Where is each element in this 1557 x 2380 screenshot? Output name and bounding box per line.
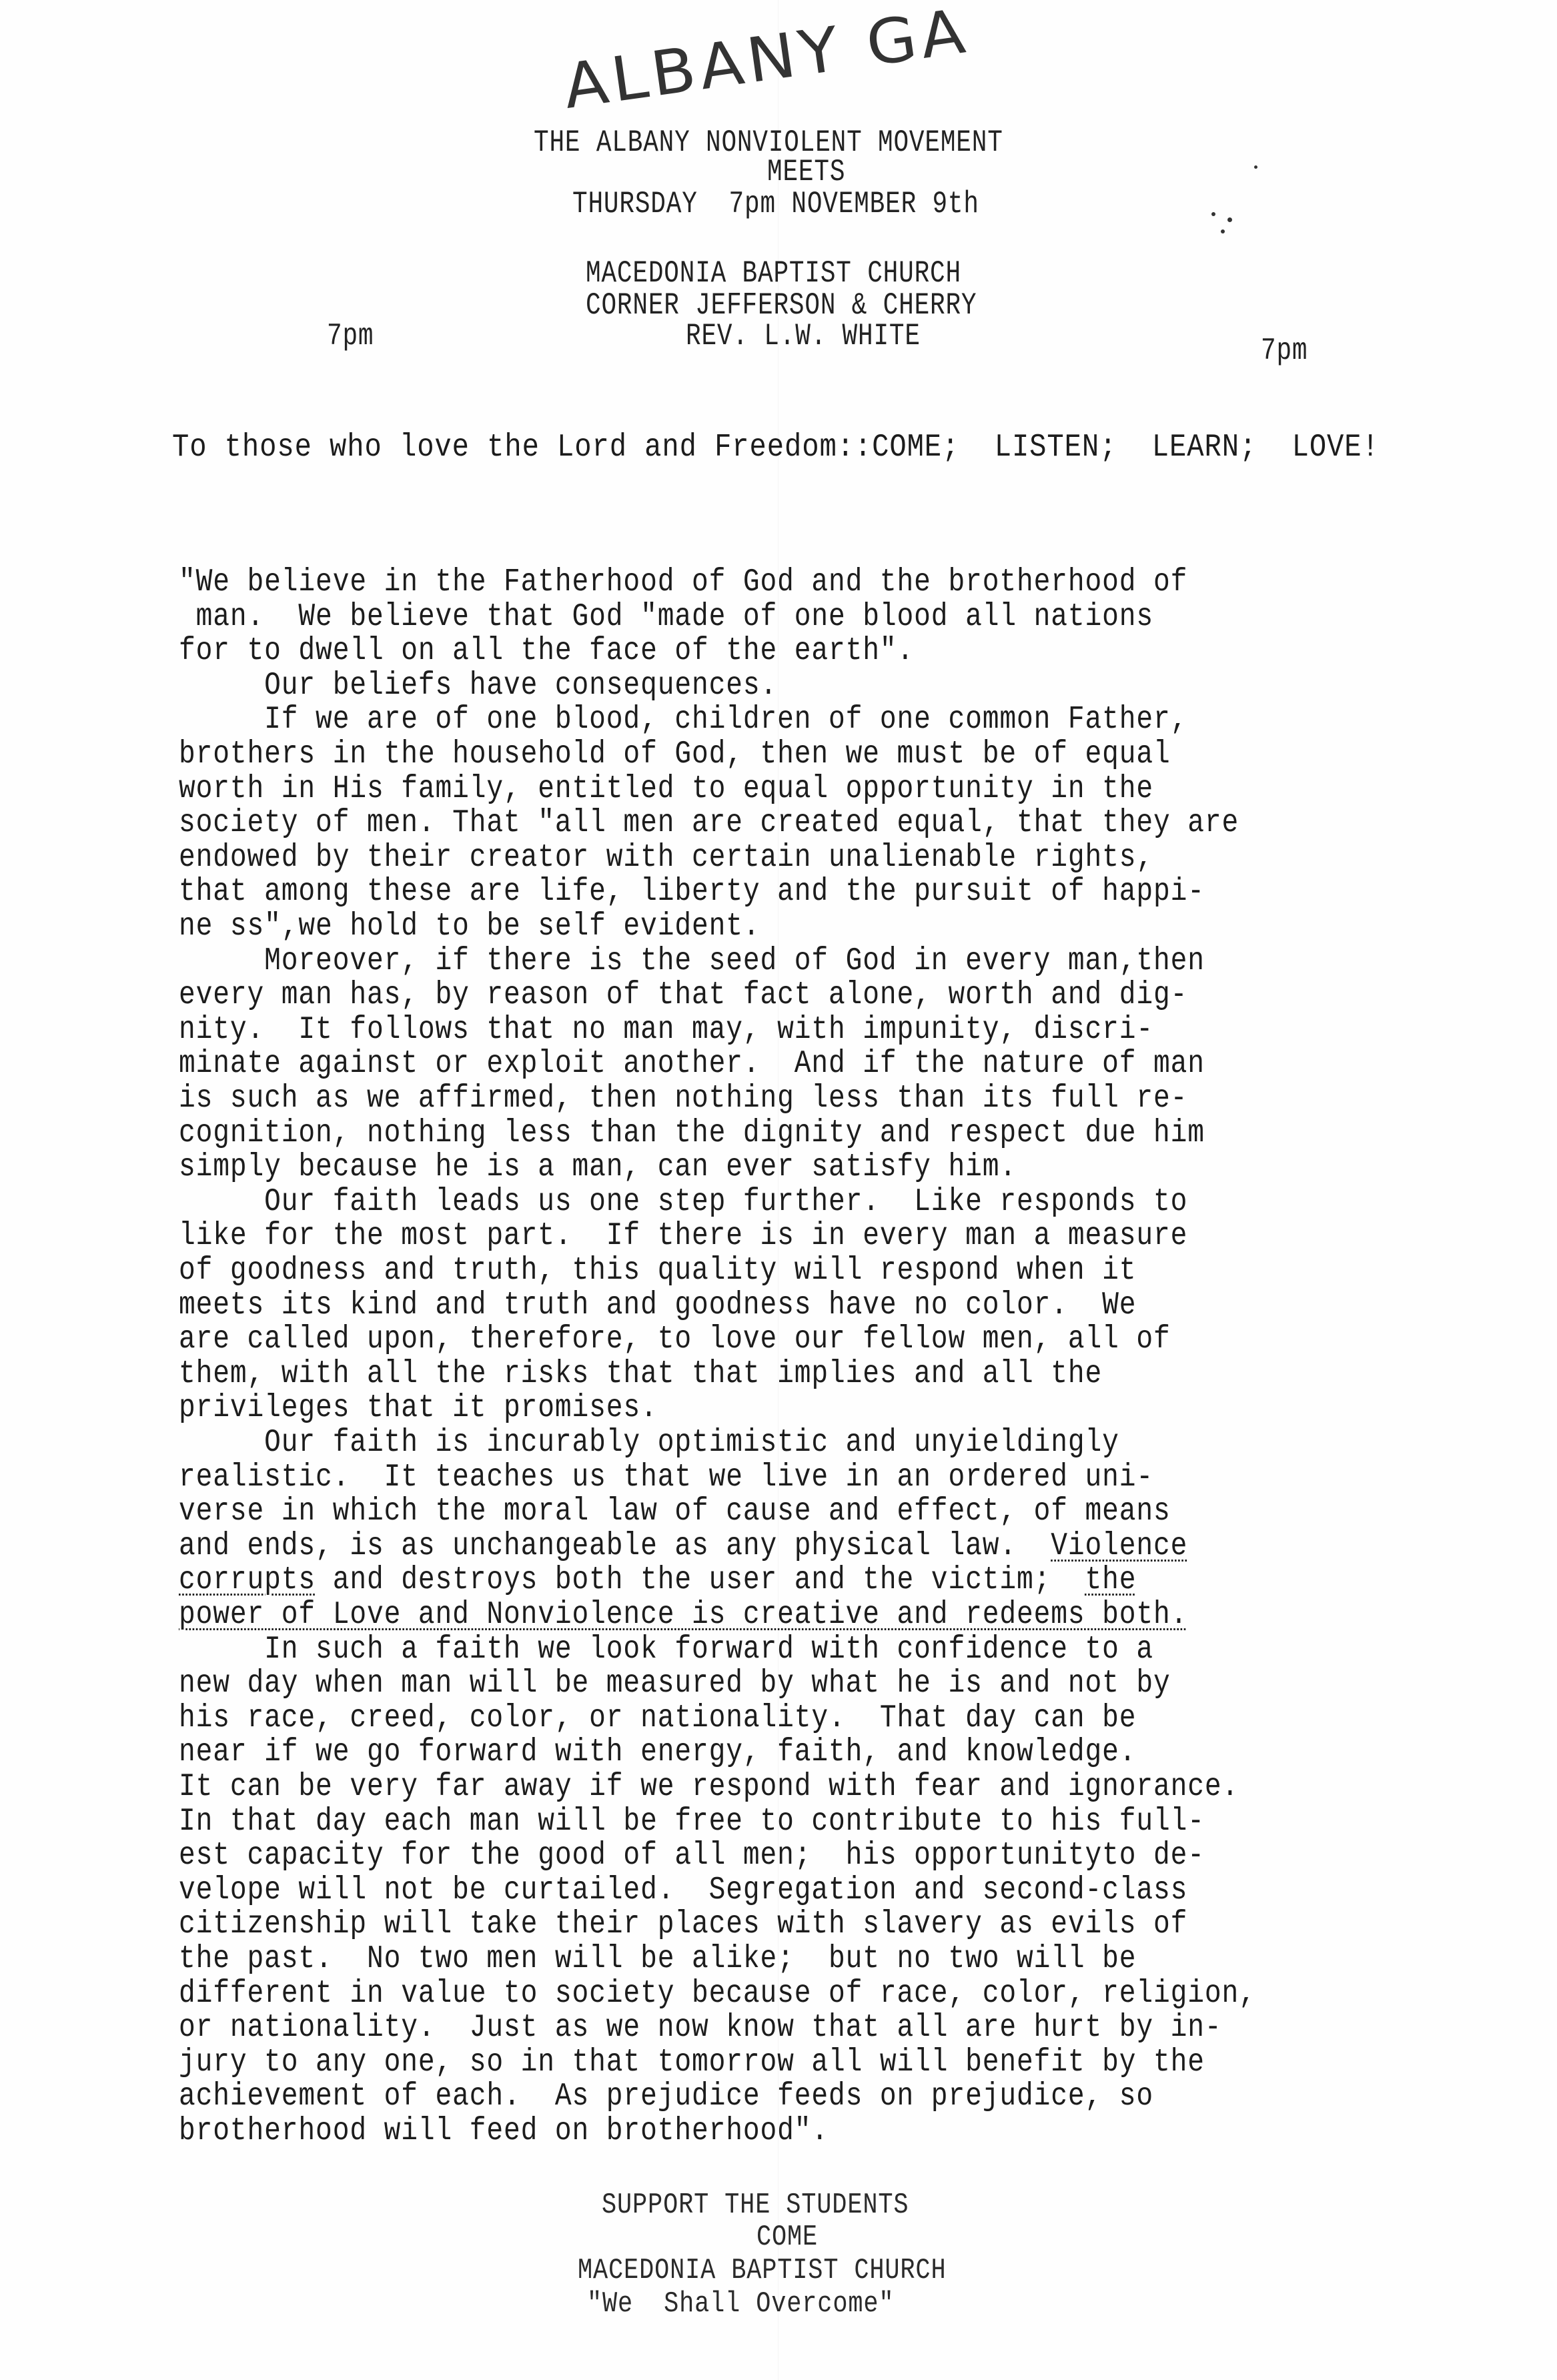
- body-line: citizenship will take their places with …: [179, 1908, 1187, 1941]
- body-line: of goodness and truth, this quality will…: [179, 1254, 1136, 1287]
- ink-speck: [1254, 165, 1257, 169]
- body-line: or nationality. Just as we now know that…: [179, 2011, 1222, 2044]
- body-line: nity. It follows that no man may, with i…: [179, 1013, 1153, 1047]
- footer-slogan: "We Shall Overcome": [587, 2288, 894, 2320]
- body-line: for to dwell on all the face of the eart…: [179, 634, 914, 668]
- header-meets: MEETS: [767, 155, 845, 189]
- body-line: power of Love and Nonviolence is creativ…: [179, 1598, 1187, 1632]
- body-line: near if we go forward with energy, faith…: [179, 1736, 1136, 1769]
- body-line: man. We believe that God "made of one bl…: [179, 600, 1153, 634]
- body-line: every man has, by reason of that fact al…: [179, 979, 1187, 1012]
- time-right: 7pm: [1261, 334, 1308, 368]
- body-line: his race, creed, color, or nationality. …: [179, 1702, 1136, 1735]
- flyer-page: ALBANY GA THE ALBANY NONVIOLENT MOVEMENT…: [0, 0, 1557, 2380]
- body-line: meets its kind and truth and goodness ha…: [179, 1289, 1136, 1322]
- body-line: velope will not be curtailed. Segregatio…: [179, 1874, 1187, 1907]
- footer-church: MACEDONIA BAPTIST CHURCH: [578, 2255, 946, 2287]
- body-line: the past. No two men will be alike; but …: [179, 1942, 1136, 1976]
- body-line: ne ss",we hold to be self evident.: [179, 910, 760, 943]
- body-line: worth in His family, entitled to equal o…: [179, 772, 1153, 806]
- body-line: are called upon, therefore, to love our …: [179, 1323, 1171, 1356]
- body-line: In that day each man will be free to con…: [179, 1805, 1205, 1838]
- underlined-text: Violence: [1051, 1528, 1187, 1564]
- body-line: Our faith is incurably optimistic and un…: [179, 1426, 1119, 1459]
- body-line: In such a faith we look forward with con…: [179, 1633, 1153, 1666]
- body-line: verse in which the moral law of cause an…: [179, 1495, 1171, 1528]
- body-line: brothers in the household of God, then w…: [179, 738, 1171, 771]
- body-line: privileges that it promises.: [179, 1391, 658, 1425]
- body-line: minate against or exploit another. And i…: [179, 1047, 1205, 1081]
- body-line: If we are of one blood, children of one …: [179, 703, 1187, 736]
- handwritten-annotation: ALBANY GA: [559, 0, 973, 123]
- body-line: Our faith leads us one step further. Lik…: [179, 1185, 1187, 1219]
- body-line: like for the most part. If there is in e…: [179, 1219, 1187, 1253]
- body-line: achievement of each. As prejudice feeds …: [179, 2080, 1153, 2113]
- body-line: cognition, nothing less than the dignity…: [179, 1117, 1205, 1150]
- invitation-line: To those who love the Lord and Freedom::…: [172, 430, 1380, 466]
- body-line: realistic. It teaches us that we live in…: [179, 1461, 1153, 1494]
- body-line: that among these are life, liberty and t…: [179, 875, 1205, 909]
- venue-address: CORNER JEFFERSON & CHERRY: [586, 288, 977, 323]
- body-line: It can be very far away if we respond wi…: [179, 1770, 1239, 1804]
- time-left: 7pm: [327, 319, 374, 354]
- body-line: and ends, is as unchangeable as any phys…: [179, 1530, 1187, 1563]
- body-line: new day when man will be measured by wha…: [179, 1667, 1171, 1700]
- body-line: jury to any one, so in that tomorrow all…: [179, 2046, 1205, 2079]
- body-line: "We believe in the Fatherhood of God and…: [179, 566, 1187, 599]
- body-line: them, with all the risks that that impli…: [179, 1357, 1102, 1391]
- venue-pastor: REV. L.W. WHITE: [686, 319, 921, 354]
- body-line: society of men. That "all men are create…: [179, 806, 1239, 840]
- body-line: simply because he is a man, can ever sat…: [179, 1151, 1017, 1184]
- footer-support: SUPPORT THE STUDENTS: [602, 2189, 909, 2221]
- header-date: THURSDAY 7pm NOVEMBER 9th: [572, 187, 979, 221]
- body-line: est capacity for the good of all men; hi…: [179, 1839, 1205, 1872]
- body-line: Our beliefs have consequences.: [179, 669, 777, 702]
- body-line: endowed by their creator with certain un…: [179, 841, 1153, 874]
- venue-name: MACEDONIA BAPTIST CHURCH: [586, 256, 961, 291]
- underlined-text: power of Love and Nonviolence is creativ…: [179, 1597, 1187, 1633]
- footer-come: COME: [756, 2221, 818, 2253]
- body-line: different in value to society because of…: [179, 1977, 1256, 2010]
- ink-speck: [1211, 212, 1215, 216]
- underlined-text: the: [1085, 1562, 1137, 1598]
- body-line: is such as we affirmed, then nothing les…: [179, 1082, 1187, 1115]
- ink-speck: [1221, 229, 1225, 233]
- body-line: corrupts and destroys both the user and …: [179, 1564, 1136, 1597]
- body-line: brotherhood will feed on brotherhood".: [179, 2115, 829, 2148]
- body-line: Moreover, if there is the seed of God in…: [179, 945, 1205, 978]
- underlined-text: corrupts: [179, 1562, 316, 1598]
- ink-speck: [1227, 217, 1232, 222]
